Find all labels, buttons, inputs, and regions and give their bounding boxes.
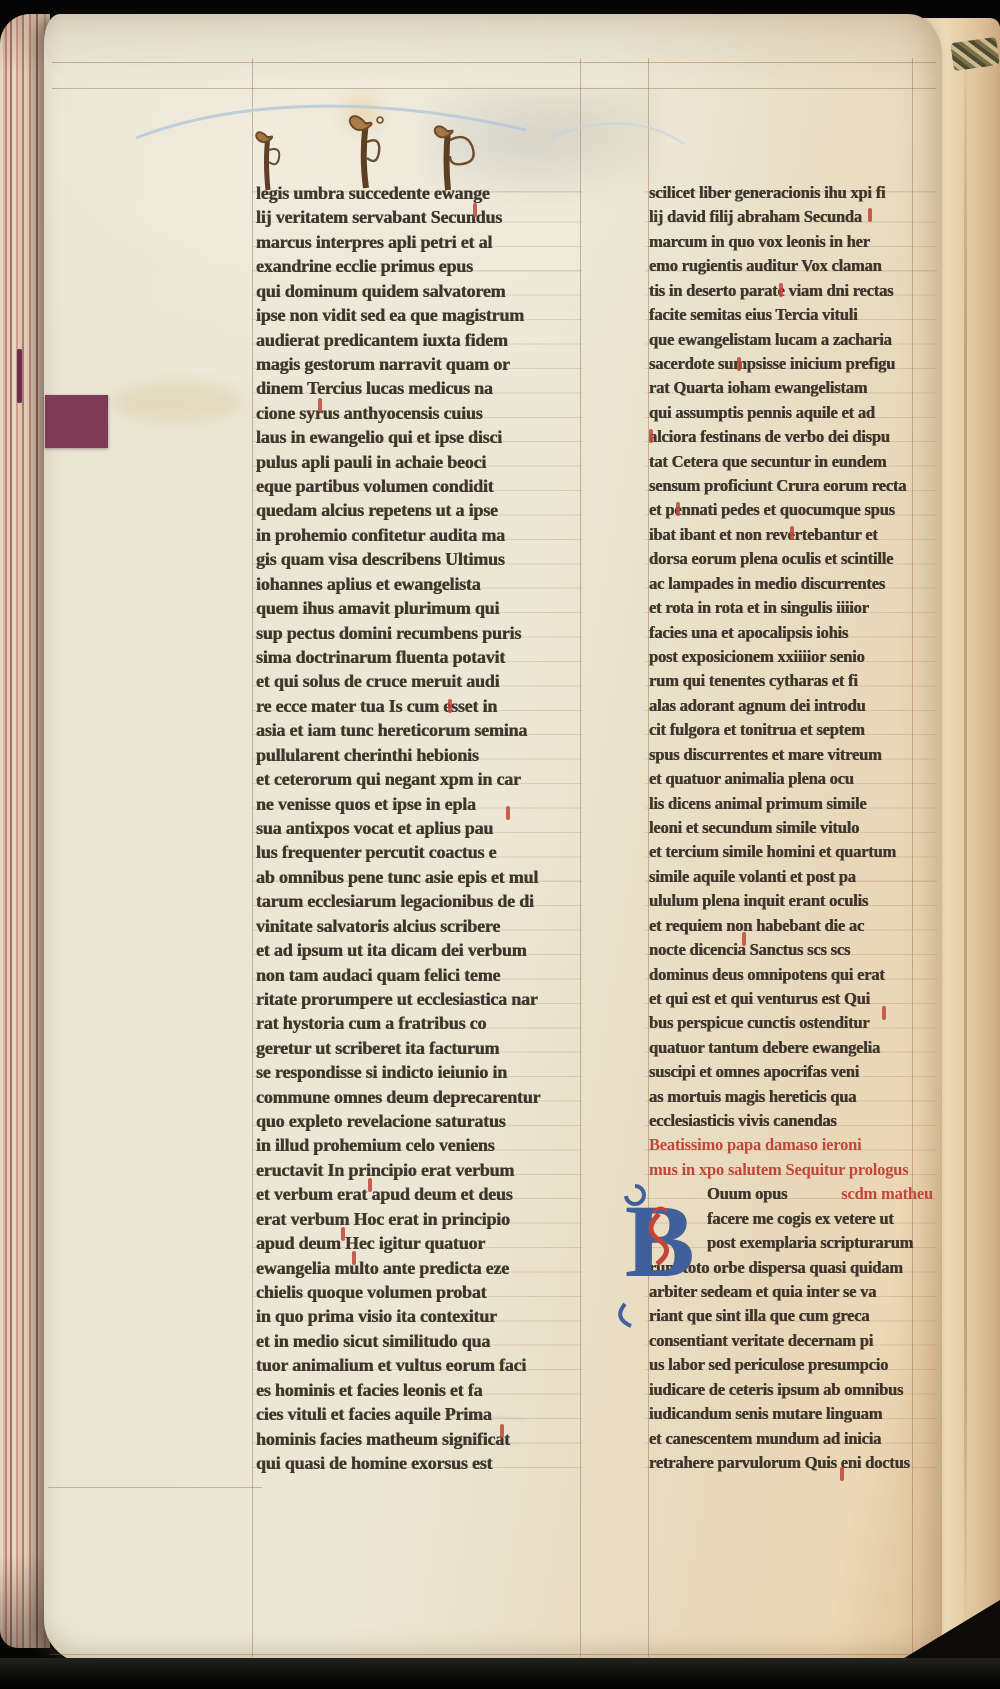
incipit-body-lines: rum toto orbe dispersa quasi quidam arbi… [649, 1256, 939, 1476]
manuscript-photo: legis umbra succedente ewange lij verita… [0, 0, 1000, 1689]
bookmark-tab [45, 395, 108, 448]
book-fore-edges [0, 14, 50, 1648]
page-crease [964, 18, 967, 1654]
red-paraph-mark [779, 283, 783, 297]
red-paraph-mark [448, 699, 452, 713]
ruling-bottom [50, 1654, 934, 1655]
red-paraph-mark [500, 1424, 504, 1438]
red-paraph-mark [737, 357, 741, 371]
red-paraph-mark [368, 1178, 372, 1192]
text-column-left: legis umbra succedente ewange lij verita… [256, 181, 586, 1475]
cadel-flourish-icon [342, 108, 388, 190]
bottom-shadow [0, 1658, 1000, 1689]
red-paraph-mark [790, 526, 794, 540]
text-column-right: scilicet liber generacionis ihu xpi fi l… [649, 181, 939, 1475]
margin-stain [112, 382, 242, 422]
blue-penwork-swash-icon [130, 92, 690, 172]
rubric: Beatissimo papa damaso ieroni mus in xpo… [649, 1133, 939, 1182]
page-top-shading [44, 14, 942, 84]
red-paraph-mark [506, 806, 510, 820]
incipit-red-heading: scdm matheu [841, 1182, 939, 1206]
red-paraph-mark [352, 1251, 356, 1265]
incipit-novum-opus: B Ouum opus scdm matheu facere me cogis … [649, 1182, 939, 1475]
ruling-bottom-left [48, 1487, 262, 1488]
red-paraph-mark [473, 203, 477, 217]
ruling-top-1 [52, 62, 936, 63]
incipit-indented-lines: facere me cogis ex vetere ut post exempl… [649, 1207, 939, 1256]
red-paraph-mark [649, 429, 653, 443]
red-paraph-mark [840, 1467, 844, 1481]
red-paraph-mark [341, 1227, 345, 1241]
right-column-body: scilicet liber generacionis ihu xpi fi l… [649, 181, 939, 1133]
sewing-mark [17, 349, 22, 403]
red-paraph-mark [742, 932, 746, 946]
incipit-first-line: Ouum opus scdm matheu [649, 1182, 939, 1206]
incipit-first-words: Ouum opus [707, 1182, 787, 1206]
red-paraph-mark [868, 208, 872, 222]
red-paraph-mark [882, 1006, 886, 1020]
red-paraph-mark [318, 398, 322, 412]
red-paraph-mark [676, 502, 680, 516]
